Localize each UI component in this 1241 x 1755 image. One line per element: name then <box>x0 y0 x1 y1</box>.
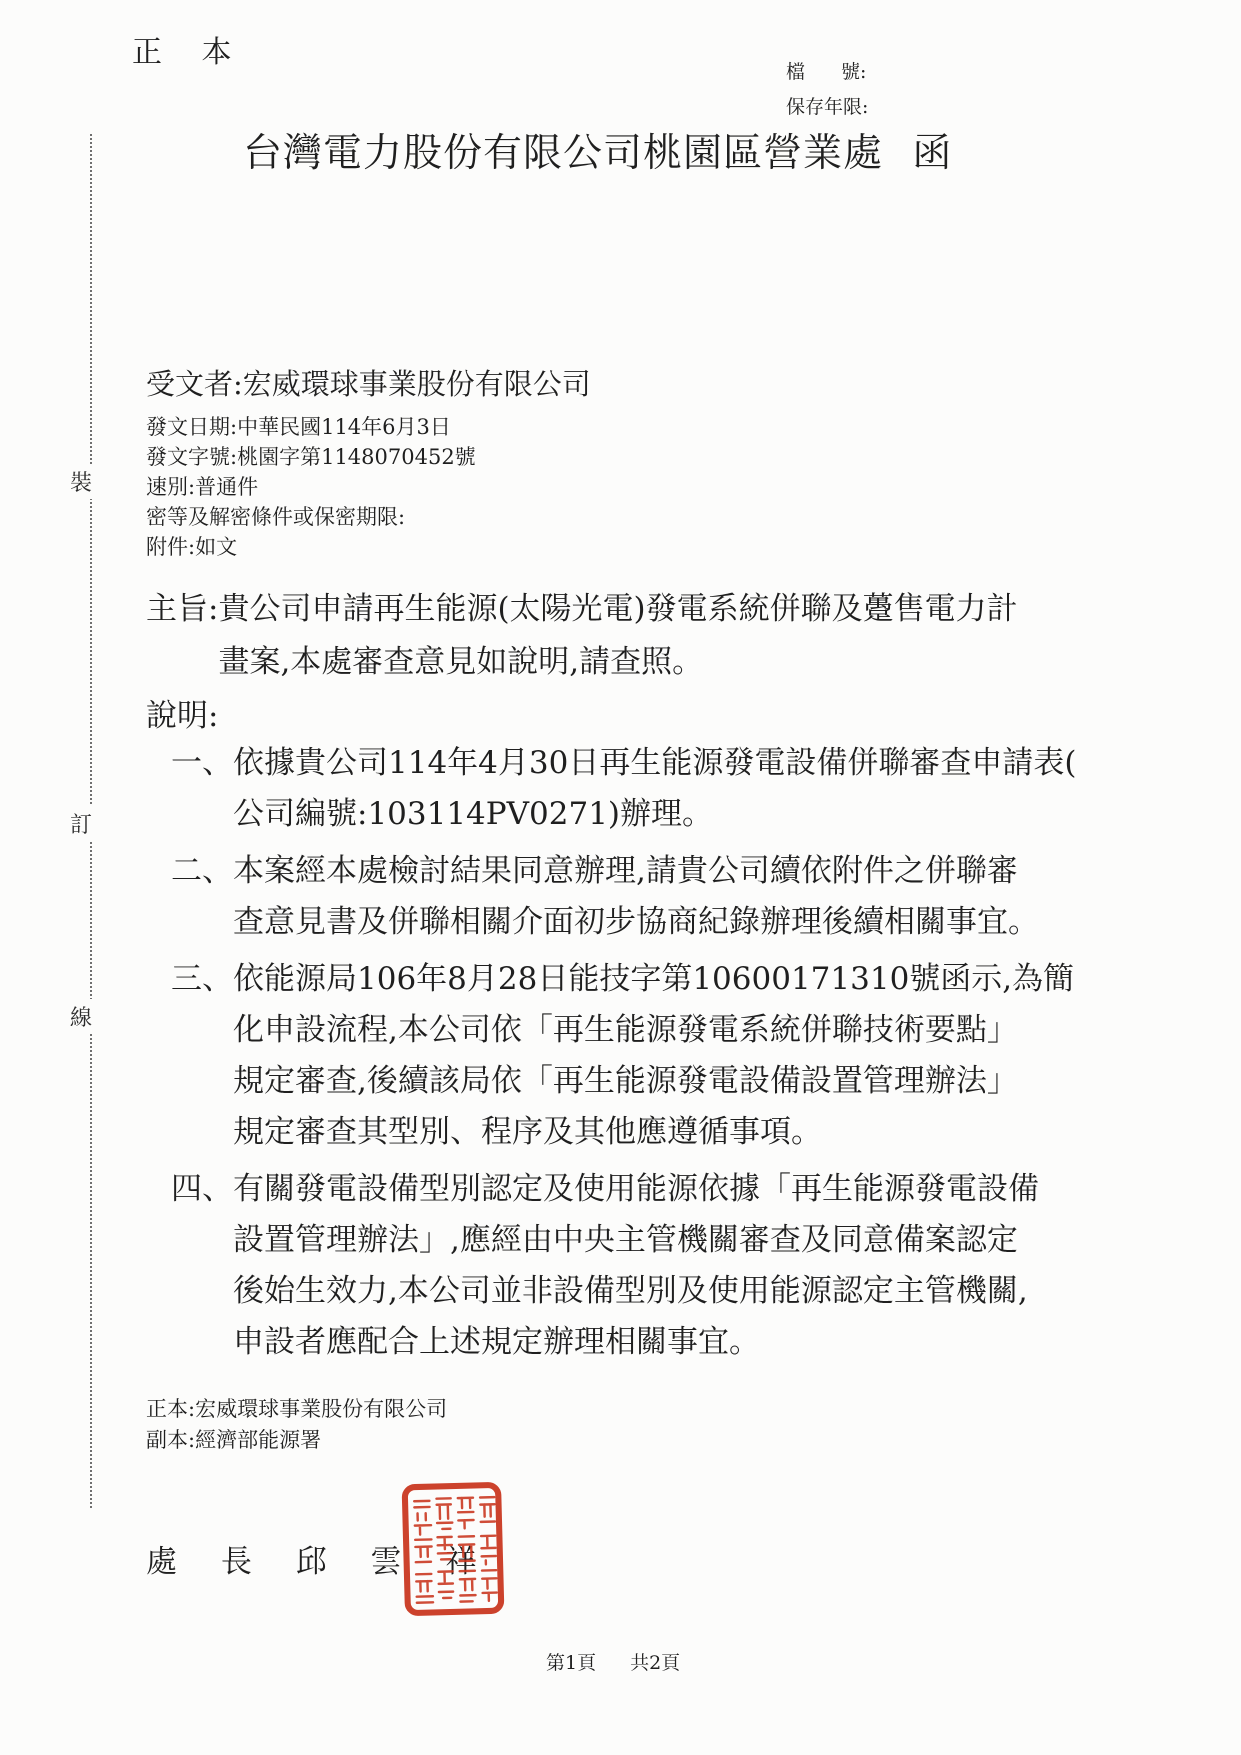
item-line: 有關發電設備型別認定及使用能源依據「再生能源發電設備 <box>233 1164 1039 1215</box>
item-line: 申設者應配合上述規定辦理相關事宜。 <box>233 1317 1039 1368</box>
cc-original: 正本:宏威環球事業股份有限公司 <box>146 1394 447 1425</box>
page-number: 第1頁共2頁 <box>546 1648 680 1675</box>
meta-issue-date: 發文日期:中華民國114年6月3日 <box>146 412 476 442</box>
issue-date-label: 發文日期: <box>146 415 237 439</box>
doc-number-label: 發文字號: <box>146 445 237 469</box>
cc-copy-value: 經濟部能源署 <box>195 1428 321 1452</box>
doc-number-value: 桃園字第1148070452號 <box>237 445 476 469</box>
recipient-label: 受文者: <box>146 367 243 401</box>
retention-period-label: 保存年限: <box>786 92 868 119</box>
official-seal <box>400 1481 505 1618</box>
item-marker: 二、 <box>171 846 233 948</box>
item-line: 查意見書及併聯相關介面初步協商紀錄辦理後續相關事宜。 <box>233 897 1039 948</box>
cc-copy-label: 副本: <box>146 1428 195 1452</box>
recipient-line: 受文者:宏威環球事業股份有限公司 <box>146 362 591 403</box>
cc-copy: 副本:經濟部能源署 <box>146 1425 447 1456</box>
item-marker: 一、 <box>171 738 233 840</box>
copy-type-label: 正 本 <box>132 27 233 71</box>
binding-mark-xian: 線 <box>70 999 92 1034</box>
subject-text: 貴公司申請再生能源(太陽光電)發電系統併聯及躉售電力計 畫案,本處審查意見如說明… <box>218 583 1017 689</box>
item-line: 設置管理辦法」,應經由中央主管機關審查及同意備案認定 <box>233 1215 1039 1266</box>
speed-label: 速別: <box>146 475 195 499</box>
item-line: 規定審查,後續該局依「再生能源發電設備設置管理辦法」 <box>233 1056 1074 1107</box>
explanation-item-1: 一、 依據貴公司114年4月30日再生能源發電設備併聯審查申請表( 公司編號:1… <box>171 738 1151 840</box>
item-marker: 三、 <box>171 954 233 1158</box>
binding-mark-zhuang: 裝 <box>70 464 92 499</box>
item-marker: 四、 <box>171 1164 233 1368</box>
official-letter-page: 裝 訂 線 正 本 檔 號: 保存年限: 台灣電力股份有限公司桃園區營業處 函 … <box>0 0 1241 1755</box>
explanation-list: 一、 依據貴公司114年4月30日再生能源發電設備併聯審查申請表( 公司編號:1… <box>171 738 1151 1374</box>
binding-mark-ding: 訂 <box>70 806 92 841</box>
subject-block: 主旨: 貴公司申請再生能源(太陽光電)發電系統併聯及躉售電力計 畫案,本處審查意… <box>146 583 1018 689</box>
item-line: 依據貴公司114年4月30日再生能源發電設備併聯審查申請表( <box>233 738 1076 789</box>
item-text: 有關發電設備型別認定及使用能源依據「再生能源發電設備 設置管理辦法」,應經由中央… <box>233 1164 1039 1368</box>
speed-value: 普通件 <box>195 475 258 499</box>
item-line: 化申設流程,本公司依「再生能源發電系統併聯技術要點」 <box>233 1005 1074 1056</box>
meta-attachment: 附件:如文 <box>146 532 476 562</box>
item-text: 本案經本處檢討結果同意辦理,請貴公司續依附件之併聯審 查意見書及併聯相關介面初步… <box>233 846 1039 948</box>
total-pages-label: 共2頁 <box>630 1652 680 1674</box>
explanation-item-4: 四、 有關發電設備型別認定及使用能源依據「再生能源發電設備 設置管理辦法」,應經… <box>171 1164 1151 1368</box>
cc-original-label: 正本: <box>146 1397 195 1421</box>
explanation-item-2: 二、 本案經本處檢討結果同意辦理,請貴公司續依附件之併聯審 查意見書及併聯相關介… <box>171 846 1151 948</box>
item-text: 依能源局106年8月28日能技字第10600171310號函示,為簡 化申設流程… <box>233 954 1074 1158</box>
issue-date-value: 中華民國114年6月3日 <box>237 415 451 439</box>
meta-speed: 速別:普通件 <box>146 472 476 502</box>
subject-line: 貴公司申請再生能源(太陽光電)發電系統併聯及躉售電力計 <box>218 583 1017 636</box>
cc-original-value: 宏威環球事業股份有限公司 <box>195 1397 447 1421</box>
meta-security: 密等及解密條件或保密期限: <box>146 502 476 532</box>
item-line: 公司編號:103114PV0271)辦理。 <box>233 789 1076 840</box>
item-line: 依能源局106年8月28日能技字第10600171310號函示,為簡 <box>233 954 1074 1005</box>
recipient-value: 宏威環球事業股份有限公司 <box>243 367 591 401</box>
file-number-label: 檔 號: <box>786 57 866 84</box>
explanation-heading: 說明: <box>146 690 218 735</box>
meta-block: 發文日期:中華民國114年6月3日 發文字號:桃園字第1148070452號 速… <box>146 412 476 562</box>
explanation-item-3: 三、 依能源局106年8月28日能技字第10600171310號函示,為簡 化申… <box>171 954 1151 1158</box>
meta-doc-number: 發文字號:桃園字第1148070452號 <box>146 442 476 472</box>
item-line: 規定審查其型別、程序及其他應遵循事項。 <box>233 1107 1074 1158</box>
attachment-value: 如文 <box>195 535 237 559</box>
security-label: 密等及解密條件或保密期限: <box>146 505 405 529</box>
cc-block: 正本:宏威環球事業股份有限公司 副本:經濟部能源署 <box>146 1394 447 1456</box>
subject-line: 畫案,本處審查意見如說明,請查照。 <box>218 636 1017 689</box>
item-line: 本案經本處檢討結果同意辦理,請貴公司續依附件之併聯審 <box>233 846 1039 897</box>
item-text: 依據貴公司114年4月30日再生能源發電設備併聯審查申請表( 公司編號:1031… <box>233 738 1076 840</box>
subject-label: 主旨: <box>146 583 218 689</box>
current-page-label: 第1頁 <box>546 1652 596 1674</box>
item-line: 後始生效力,本公司並非設備型別及使用能源認定主管機關, <box>233 1266 1039 1317</box>
attachment-label: 附件: <box>146 535 195 559</box>
document-title: 台灣電力股份有限公司桃園區營業處 函 <box>243 122 952 178</box>
